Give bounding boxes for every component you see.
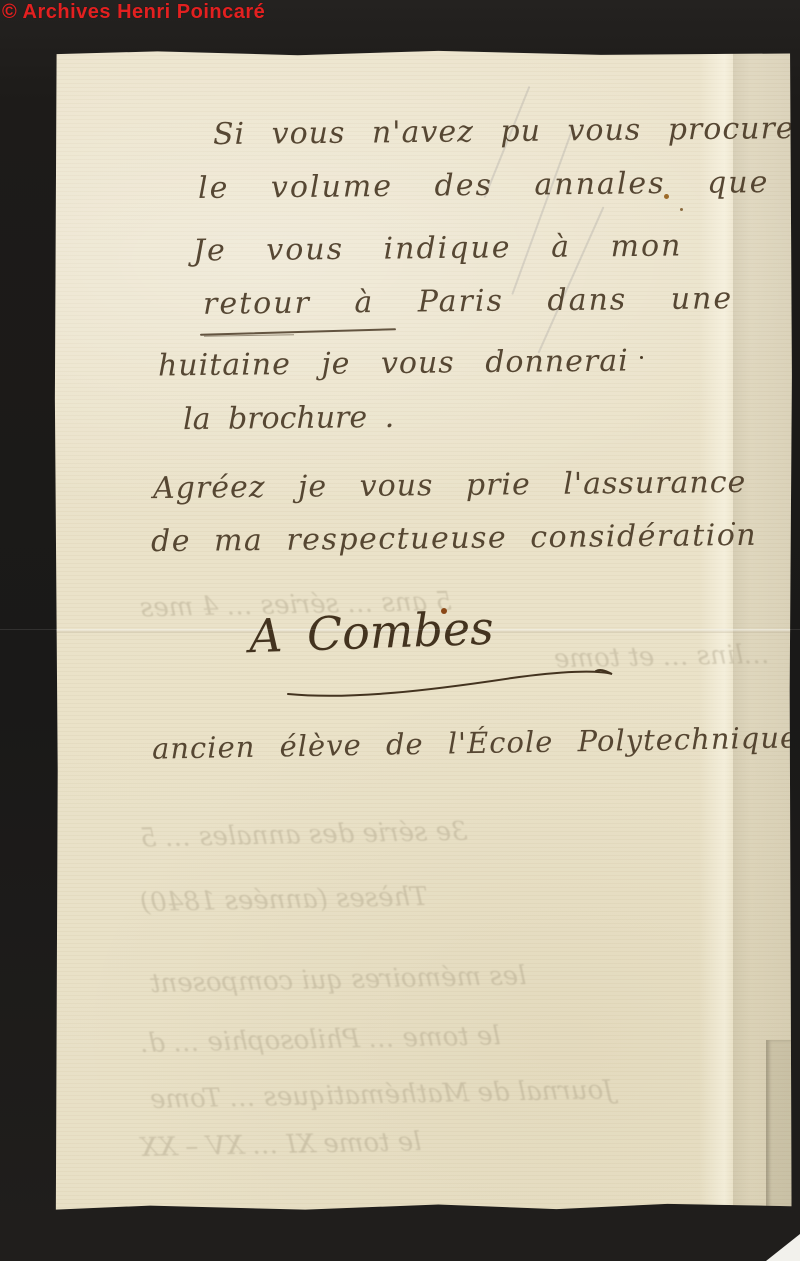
ink-dot (640, 356, 643, 359)
letter-line: le volume des annales que (198, 165, 770, 206)
ink-dot (732, 522, 735, 525)
letter-line: de ma respectueuse considération (151, 518, 757, 559)
foxing-dot (664, 194, 669, 199)
bleed-through-line: Journal de Mathématiques … Tome (150, 1075, 614, 1115)
vertical-fold-shadow (733, 50, 793, 1212)
signature-flourish (282, 664, 618, 700)
letter-sheet: 5 ans … séries … 4 mes …lins … et tome 3… (54, 50, 793, 1212)
archive-watermark: © Archives Henri Poincaré (2, 1, 265, 24)
foxing-dot (441, 608, 447, 614)
foxing-dot (680, 208, 683, 211)
letter-line: Je vous indique à mon (193, 228, 683, 268)
second-sheet-edge (766, 1040, 793, 1212)
bleed-through-line: Thèses (années 1840) (140, 882, 428, 918)
mat-crease-line (0, 629, 800, 630)
signature: A Combes (248, 601, 494, 664)
crossed-out-stroke (204, 334, 294, 337)
pencil-mark (511, 125, 574, 295)
letter-line: huitaine je vous donnerai (158, 344, 629, 384)
bleed-through-line: le tome … Philosophie … d. (140, 1021, 501, 1059)
vertical-fold-highlight (699, 50, 733, 1212)
letter-line: Agréez je vous prie l'assurance (153, 465, 747, 506)
letter-line: Si vous n'avez pu vous procurer (213, 111, 800, 152)
bleed-through-line: 3e série des annales … 5 (140, 817, 468, 854)
bleed-through-line: les mémoires qui composent (150, 961, 527, 999)
bleed-through-line: le tome XI … XV – XX (140, 1127, 422, 1163)
letter-line: la brochure . (183, 400, 395, 437)
mat-corner-notch (766, 1234, 800, 1261)
letter-line: retour à Paris dans une (203, 281, 734, 322)
signature-title-line: ancien élève de l'École Polytechnique (152, 720, 799, 765)
scan-stage: 5 ans … séries … 4 mes …lins … et tome 3… (0, 0, 800, 1261)
